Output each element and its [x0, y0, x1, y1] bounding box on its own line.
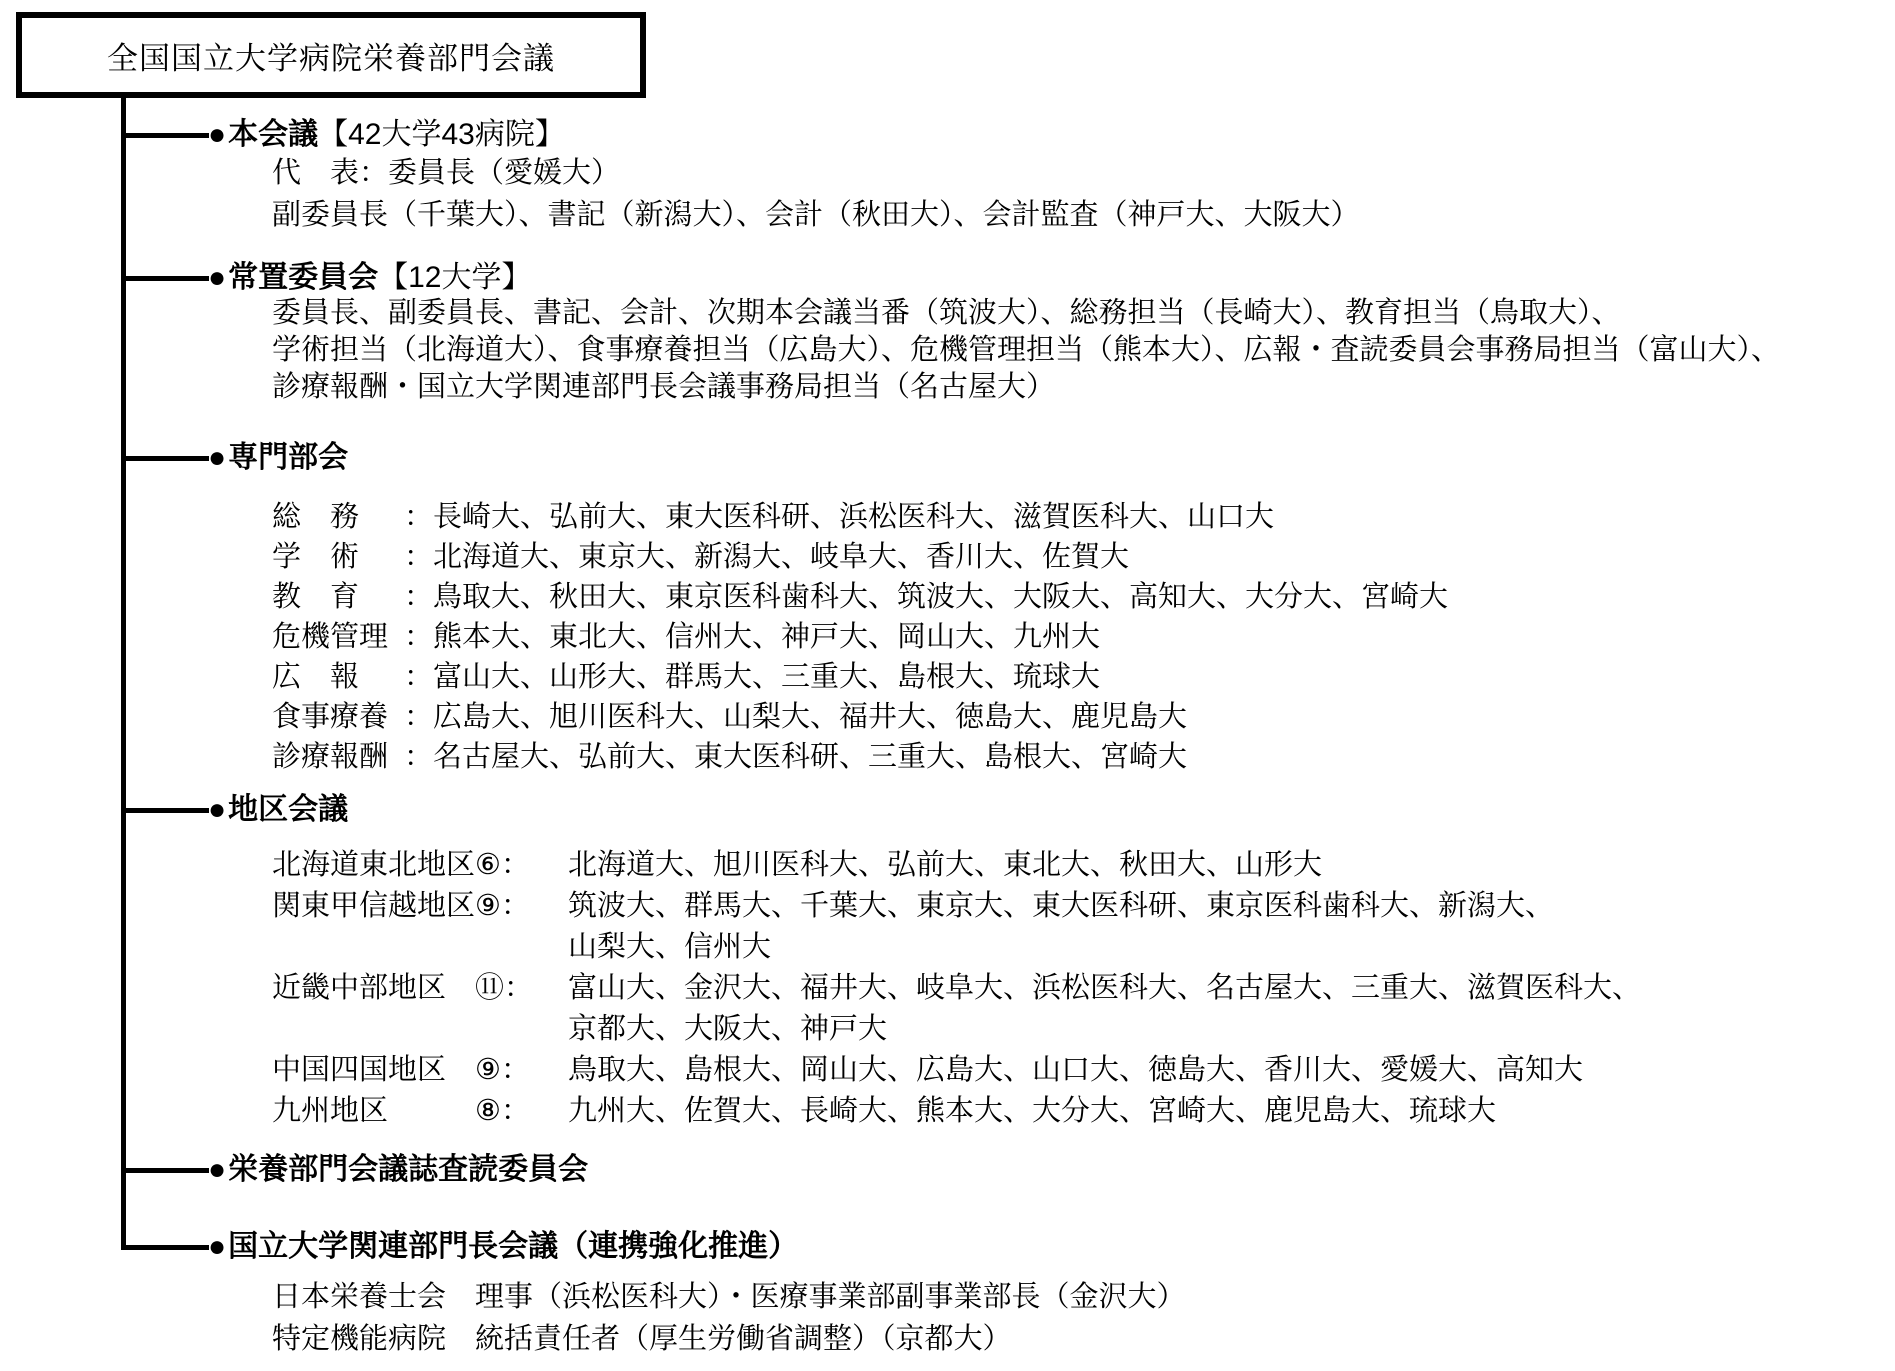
- specialist-row: 学 術：北海道大、東京大、新潟大、岐阜大、香川大、佐賀大: [272, 537, 1448, 577]
- row-items: 北海道大、旭川医科大、弘前大、東北大、秋田大、山形大: [568, 845, 1322, 886]
- tree-branch-line: [121, 456, 209, 461]
- text-line: 学術担当（北海道大）、食事療養担当（広島大）、危機管理担当（熊本大）、広報・査読…: [272, 332, 1780, 369]
- row-colon: ：: [404, 577, 433, 617]
- tree-branch-line: [121, 276, 209, 281]
- bullet-icon: ●: [208, 261, 226, 294]
- row-items: 熊本大、東北大、信州大、神戸大、岡山大、九州大: [433, 617, 1100, 657]
- heading-label: 専門部会: [228, 441, 348, 474]
- text-line: 九州大、佐賀大、長崎大、熊本大、大分大、宮崎大、鹿児島大、琉球大: [568, 1091, 1496, 1132]
- text-line: 筑波大、群馬大、千葉大、東京大、東大医科研、東京医科歯科大、新潟大、: [568, 886, 1554, 927]
- heading-suffix: 【42大学43病院】: [318, 118, 565, 151]
- district-row: 北海道東北地区⑥： 北海道大、旭川医科大、弘前大、東北大、秋田大、山形大: [272, 845, 1641, 886]
- row-label: 北海道東北地区⑥：: [272, 845, 568, 886]
- related-dept-heads-lines: 日本栄養士会 理事（浜松医科大）・医療事業部副事業部長（金沢大） 特定機能病院 …: [272, 1276, 1186, 1360]
- row-label: 診療報酬: [272, 737, 404, 777]
- text-line: 委員長、副委員長、書記、会計、次期本会議当番（筑波大）、総務担当（長崎大）、教育…: [272, 295, 1780, 332]
- tree-trunk-line: [121, 98, 126, 1250]
- row-items: 九州大、佐賀大、長崎大、熊本大、大分大、宮崎大、鹿児島大、琉球大: [568, 1091, 1496, 1132]
- text-line: 代 表：委員長（愛媛大）: [272, 152, 1360, 194]
- row-label: 関東甲信越地区⑨：: [272, 886, 568, 968]
- row-colon: ：: [404, 497, 433, 537]
- heading-label: 本会議: [228, 118, 318, 151]
- row-label: 食事療養: [272, 697, 404, 737]
- heading-suffix: 【12大学】: [378, 261, 531, 294]
- section-heading-journal-review-committee: ●栄養部門会議誌査読委員会: [208, 1152, 588, 1188]
- district-meeting-rows: 北海道東北地区⑥： 北海道大、旭川医科大、弘前大、東北大、秋田大、山形大 関東甲…: [272, 845, 1641, 1132]
- row-items: 富山大、金沢大、福井大、岐阜大、浜松医科大、名古屋大、三重大、滋賀医科大、 京都…: [568, 968, 1641, 1050]
- bullet-icon: ●: [208, 1153, 226, 1186]
- specialist-row: 食事療養：広島大、旭川医科大、山梨大、福井大、徳島大、鹿児島大: [272, 697, 1448, 737]
- row-colon: ：: [404, 657, 433, 697]
- row-items: 名古屋大、弘前大、東大医科研、三重大、島根大、宮崎大: [433, 737, 1187, 777]
- district-row: 中国四国地区 ⑨： 鳥取大、島根大、岡山大、広島大、山口大、徳島大、香川大、愛媛…: [272, 1050, 1641, 1091]
- text-line: 鳥取大、島根大、岡山大、広島大、山口大、徳島大、香川大、愛媛大、高知大: [568, 1050, 1583, 1091]
- text-line: 特定機能病院 統括責任者（厚生労働省調整）（京都大）: [272, 1318, 1186, 1360]
- row-items: 北海道大、東京大、新潟大、岐阜大、香川大、佐賀大: [433, 537, 1129, 577]
- standing-committee-lines: 委員長、副委員長、書記、会計、次期本会議当番（筑波大）、総務担当（長崎大）、教育…: [272, 295, 1780, 406]
- row-colon: ：: [404, 697, 433, 737]
- row-items: 鳥取大、秋田大、東京医科歯科大、筑波大、大阪大、高知大、大分大、宮崎大: [433, 577, 1448, 617]
- row-items: 広島大、旭川医科大、山梨大、福井大、徳島大、鹿児島大: [433, 697, 1187, 737]
- org-title: 全国国立大学病院栄養部門会議: [107, 33, 555, 78]
- text-line: 北海道大、旭川医科大、弘前大、東北大、秋田大、山形大: [568, 845, 1322, 886]
- bullet-icon: ●: [208, 441, 226, 474]
- bullet-icon: ●: [208, 118, 226, 151]
- specialist-subcommittee-rows: 総 務：長崎大、弘前大、東大医科研、浜松医科大、滋賀医科大、山口大 学 術：北海…: [272, 497, 1448, 777]
- district-row: 九州地区 ⑧： 九州大、佐賀大、長崎大、熊本大、大分大、宮崎大、鹿児島大、琉球大: [272, 1091, 1641, 1132]
- heading-label: 国立大学関連部門長会議（連携強化推進）: [228, 1230, 798, 1263]
- row-items: 長崎大、弘前大、東大医科研、浜松医科大、滋賀医科大、山口大: [433, 497, 1274, 537]
- text-line: 診療報酬・国立大学関連部門長会議事務局担当（名古屋大）: [272, 369, 1780, 406]
- row-colon: ：: [404, 737, 433, 777]
- section-heading-standing-committee: ●常置委員会【12大学】: [208, 260, 532, 296]
- row-items: 富山大、山形大、群馬大、三重大、島根大、琉球大: [433, 657, 1100, 697]
- bullet-icon: ●: [208, 793, 226, 826]
- row-label: 中国四国地区 ⑨：: [272, 1050, 568, 1091]
- specialist-row: 総 務：長崎大、弘前大、東大医科研、浜松医科大、滋賀医科大、山口大: [272, 497, 1448, 537]
- text-line: 日本栄養士会 理事（浜松医科大）・医療事業部副事業部長（金沢大）: [272, 1276, 1186, 1318]
- text-line: 山梨大、信州大: [568, 927, 1554, 968]
- row-items: 筑波大、群馬大、千葉大、東京大、東大医科研、東京医科歯科大、新潟大、 山梨大、信…: [568, 886, 1554, 968]
- main-meeting-lines: 代 表：委員長（愛媛大） 副委員長（千葉大）、書記（新潟大）、会計（秋田大）、会…: [272, 152, 1360, 236]
- row-label: 広 報: [272, 657, 404, 697]
- row-colon: ：: [404, 617, 433, 657]
- text-line: 副委員長（千葉大）、書記（新潟大）、会計（秋田大）、会計監査（神戸大、大阪大）: [272, 194, 1360, 236]
- specialist-row: 危機管理：熊本大、東北大、信州大、神戸大、岡山大、九州大: [272, 617, 1448, 657]
- specialist-row: 教 育：鳥取大、秋田大、東京医科歯科大、筑波大、大阪大、高知大、大分大、宮崎大: [272, 577, 1448, 617]
- text-line: 京都大、大阪大、神戸大: [568, 1009, 1641, 1050]
- row-label: 学 術: [272, 537, 404, 577]
- row-label: 教 育: [272, 577, 404, 617]
- row-label: 危機管理: [272, 617, 404, 657]
- section-heading-specialist-subcommittees: ●専門部会: [208, 440, 348, 476]
- row-label: 総 務: [272, 497, 404, 537]
- district-row: 近畿中部地区 ⑪： 富山大、金沢大、福井大、岐阜大、浜松医科大、名古屋大、三重大…: [272, 968, 1641, 1050]
- tree-branch-line: [121, 808, 209, 813]
- heading-label: 栄養部門会議誌査読委員会: [228, 1153, 588, 1186]
- heading-label: 地区会議: [228, 793, 348, 826]
- section-heading-main-meeting: ●本会議【42大学43病院】: [208, 117, 565, 153]
- tree-branch-line: [121, 1245, 209, 1250]
- row-items: 鳥取大、島根大、岡山大、広島大、山口大、徳島大、香川大、愛媛大、高知大: [568, 1050, 1583, 1091]
- tree-branch-line: [121, 133, 209, 138]
- row-label: 九州地区 ⑧：: [272, 1091, 568, 1132]
- row-colon: ：: [404, 537, 433, 577]
- org-title-box: 全国国立大学病院栄養部門会議: [16, 12, 646, 98]
- heading-label: 常置委員会: [228, 261, 378, 294]
- text-line: 富山大、金沢大、福井大、岐阜大、浜松医科大、名古屋大、三重大、滋賀医科大、: [568, 968, 1641, 1009]
- bullet-icon: ●: [208, 1230, 226, 1263]
- specialist-row: 広 報：富山大、山形大、群馬大、三重大、島根大、琉球大: [272, 657, 1448, 697]
- section-heading-related-dept-heads: ●国立大学関連部門長会議（連携強化推進）: [208, 1229, 798, 1265]
- district-row: 関東甲信越地区⑨： 筑波大、群馬大、千葉大、東京大、東大医科研、東京医科歯科大、…: [272, 886, 1641, 968]
- row-label: 近畿中部地区 ⑪：: [272, 968, 568, 1050]
- section-heading-district-meetings: ●地区会議: [208, 792, 348, 828]
- org-chart-page: 全国国立大学病院栄養部門会議 ●本会議【42大学43病院】 代 表：委員長（愛媛…: [0, 0, 1895, 1371]
- specialist-row: 診療報酬：名古屋大、弘前大、東大医科研、三重大、島根大、宮崎大: [272, 737, 1448, 777]
- tree-branch-line: [121, 1168, 209, 1173]
